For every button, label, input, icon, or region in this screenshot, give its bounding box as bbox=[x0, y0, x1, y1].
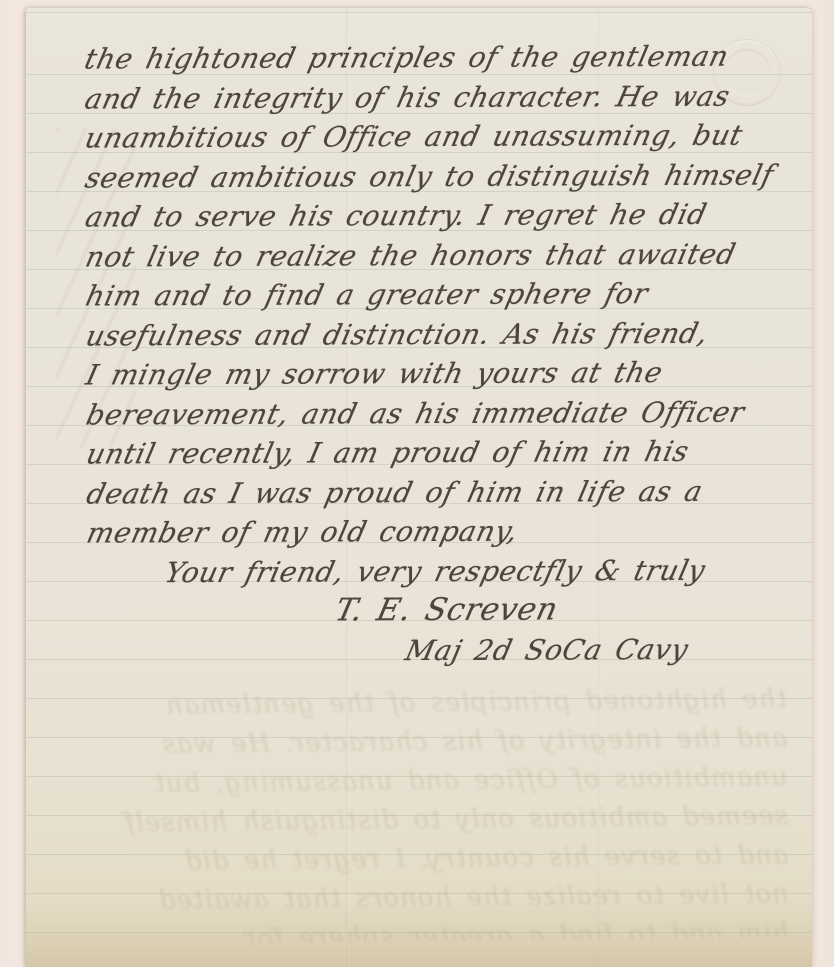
letter-line: member of my old company, bbox=[83, 510, 785, 553]
bleedthrough-texture: the hightoned principles of the gentlema… bbox=[49, 680, 790, 945]
letter-line: him and to find a greater sphere for bbox=[82, 273, 784, 316]
scan-background: the hightoned principles of the gentlema… bbox=[0, 0, 834, 967]
letter-signoff: Your friend, very respectfly & truly bbox=[161, 550, 785, 592]
letter-line: unambitious of Office and unassuming, bu… bbox=[81, 115, 783, 158]
letter-line: death as I was proud of him in life as a bbox=[83, 471, 785, 514]
letter-line: bereavement, and as his immediate Office… bbox=[82, 392, 784, 435]
letter-line: usefulness and distinction. As his frien… bbox=[82, 313, 784, 356]
letter-line: until recently, I am proud of him in his bbox=[82, 431, 784, 474]
letter-signature: T. E. Screven bbox=[331, 589, 785, 630]
letter-page: the hightoned principles of the gentlema… bbox=[26, 8, 812, 967]
letter-rank-unit: Maj 2d SoCa Cavy bbox=[401, 629, 785, 670]
letter-line: the hightoned principles of the gentlema… bbox=[81, 36, 783, 79]
letter-line: I mingle my sorrow with yours at the bbox=[82, 352, 784, 395]
letter-line: and to serve his country. I regret he di… bbox=[81, 194, 783, 237]
letter-line: not live to realize the honors that awai… bbox=[81, 234, 783, 277]
letter-body: the hightoned principles of the gentlema… bbox=[81, 36, 786, 671]
letter-line: and the integrity of his character. He w… bbox=[81, 76, 783, 119]
letter-line: seemed ambitious only to distinguish him… bbox=[81, 155, 783, 198]
